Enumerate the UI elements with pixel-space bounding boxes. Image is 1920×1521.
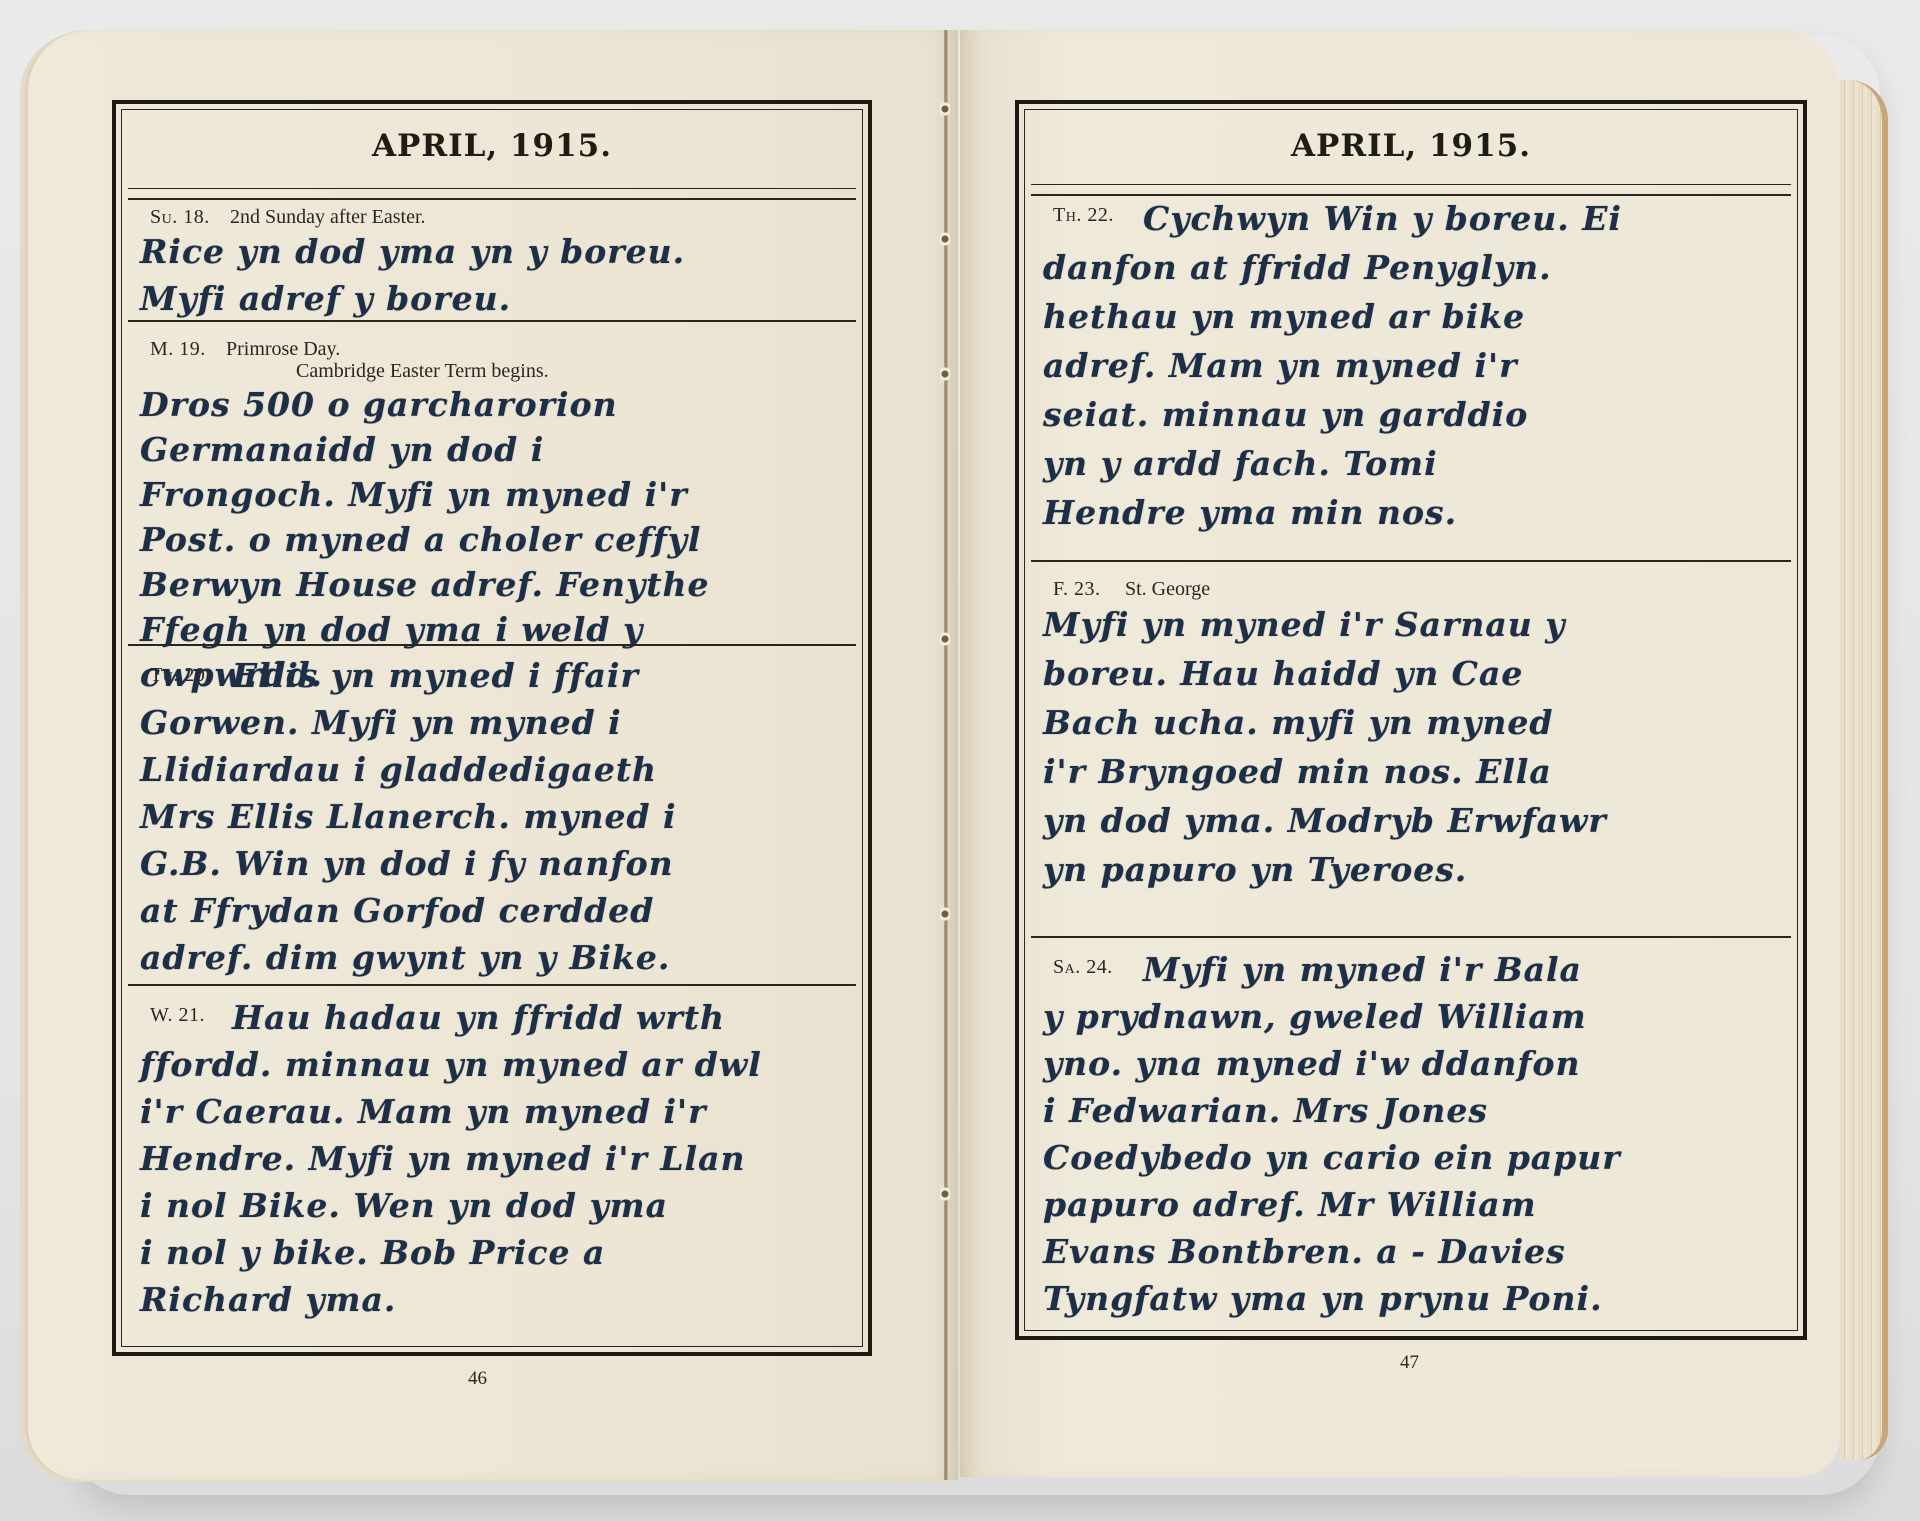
day-abbr: F. (1053, 578, 1069, 600)
printed-note: 2nd Sunday after Easter. (230, 206, 426, 229)
month-header: APRIL, 1915. (1019, 128, 1803, 164)
stitch-hole-icon (940, 905, 950, 923)
day-number: 19. (179, 338, 206, 360)
stitch-hole-icon (940, 1185, 950, 1203)
day-abbr: M. (150, 338, 174, 360)
day-number: 18. (183, 206, 210, 228)
header-rule (128, 188, 856, 200)
stitch-hole-icon (940, 365, 950, 383)
diary-entry-sa-24: Sa. 24. Myfi yn myned i'r Bala y prydnaw… (1033, 956, 1789, 1326)
day-label: M. 19. (150, 338, 206, 361)
entry-divider (1031, 560, 1791, 562)
handwritten-text: Myfi yn myned i'r Sarnau y boreu. Hau ha… (1043, 600, 1829, 894)
stitch-hole-icon (940, 230, 950, 248)
diary-entry-w-21: W. 21. Hau hadau yn ffridd wrth ffordd. … (130, 1004, 854, 1334)
page-edges (1840, 80, 1888, 1460)
handwritten-text: Myfi yn myned i'r Bala y prydnawn, gwele… (1043, 946, 1829, 1322)
diary-entry-tu-20: Tu. 20. Ellis yn myned i ffair Gorwen. M… (130, 664, 854, 984)
page-number: 46 (468, 1368, 487, 1390)
entry-divider (1031, 936, 1791, 938)
day-label: F. 23. (1053, 578, 1101, 601)
handwritten-text: Cychwyn Win y boreu. Ei danfon at ffridd… (1043, 194, 1829, 537)
page-number: 47 (1400, 1352, 1419, 1374)
diary-entry-th-22: Th. 22. Cychwyn Win y boreu. Ei danfon a… (1033, 204, 1789, 554)
entry-divider (128, 644, 856, 646)
month-header: APRIL, 1915. (116, 128, 868, 164)
right-page-frame: APRIL, 1915. Th. 22. Cychwyn Win y boreu… (1015, 100, 1807, 1340)
diary-entry-f-23: F. 23. St. George Myfi yn myned i'r Sarn… (1033, 578, 1789, 928)
day-number: 23. (1074, 578, 1101, 600)
stitch-hole-icon (940, 100, 950, 118)
day-abbr: Su. (150, 206, 178, 228)
left-page-frame: APRIL, 1915. Su. 18. 2nd Sunday after Ea… (112, 100, 872, 1356)
printed-note: St. George (1125, 578, 1210, 601)
diary-entry-m-19: M. 19. Primrose Day. Cambridge Easter Te… (130, 338, 854, 638)
handwritten-text: Hau hadau yn ffridd wrth ffordd. minnau … (140, 994, 894, 1323)
handwritten-text: Ellis yn myned i ffair Gorwen. Myfi yn m… (140, 652, 894, 981)
printed-note: Primrose Day. (226, 338, 340, 361)
entry-divider (128, 984, 856, 986)
printed-note-secondary: Cambridge Easter Term begins. (296, 360, 549, 383)
day-label: Su. 18. (150, 206, 210, 229)
stitch-hole-icon (940, 630, 950, 648)
handwritten-text: Dros 500 o garcharorion Germanaidd yn do… (140, 382, 894, 697)
entry-divider (128, 320, 856, 322)
handwritten-text: Rice yn dod yma yn y boreu. Myfi adref y… (140, 228, 894, 322)
